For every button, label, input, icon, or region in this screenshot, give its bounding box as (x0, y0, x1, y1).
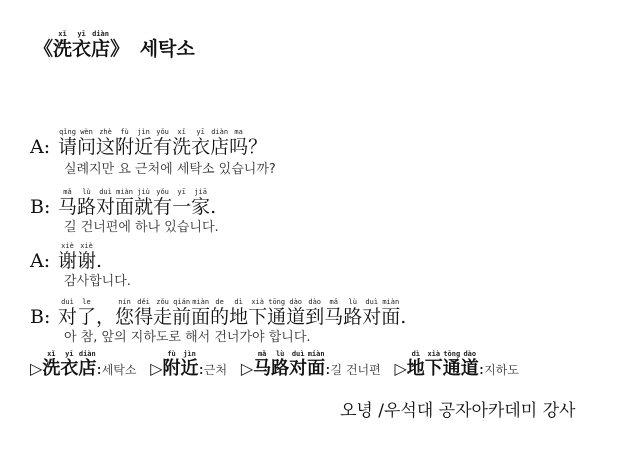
chinese-sentence: 对duì了le， 您nín得děi走zǒu前qián面miàn的de地dì下xi… (58, 306, 406, 328)
hanzi-with-pinyin: . (96, 250, 102, 272)
hanzi-with-pinyin: 的de (210, 306, 229, 328)
vocab-meaning: 세탁소 (102, 363, 137, 377)
hanzi-with-pinyin: 得děi (134, 306, 153, 328)
hanzi-with-pinyin: 就jiù (134, 196, 153, 218)
hanzi-with-pinyin: 问wèn (77, 136, 96, 158)
hanzi-with-pinyin: 地dì (407, 358, 425, 379)
speaker-label: B: (30, 306, 58, 328)
title-char: 洗xǐ (53, 38, 72, 60)
hanzi-with-pinyin: 马mǎ (58, 196, 77, 218)
hanzi-with-pinyin: 地dì (229, 306, 248, 328)
title-char: 衣yī (72, 38, 91, 60)
dialogue-line-1: A:请qǐng问wèn这zhè附fù近jìn有yǒu洗xǐ衣yī店diàn吗ma… (30, 128, 267, 159)
vocab-word: 马mǎ路lù对duì面miàn (253, 358, 325, 379)
hanzi-with-pinyin: 衣yī (60, 358, 78, 379)
hanzi-with-pinyin: 对duì (289, 358, 307, 379)
korean-translation: 아 참, 앞의 지하도로 해서 건너가야 합니다. (64, 326, 311, 345)
hanzi-with-pinyin: 面miàn (307, 358, 325, 379)
hanzi-with-pinyin: 洗xǐ (42, 358, 60, 379)
speaker-label: A: (30, 250, 58, 272)
hanzi-with-pinyin: 道dào (286, 306, 305, 328)
vocab-item: ▷洗xǐ衣yī店diàn:세탁소 (30, 350, 136, 380)
hanzi-with-pinyin: 马mǎ (253, 358, 271, 379)
chinese-sentence: 谢xiè谢xiè. (58, 250, 102, 272)
hanzi-with-pinyin: 对duì (362, 306, 381, 328)
hanzi-with-pinyin: 面miàn (191, 306, 210, 328)
hanzi-with-pinyin: ， (96, 306, 115, 328)
hanzi-with-pinyin: 附fù (115, 136, 134, 158)
hanzi-with-pinyin: 对duì (96, 196, 115, 218)
hanzi-with-pinyin: 谢xiè (77, 250, 96, 272)
chinese-sentence: 请qǐng问wèn这zhè附fù近jìn有yǒu洗xǐ衣yī店diàn吗ma？ (58, 136, 267, 158)
vocabulary-list: ▷洗xǐ衣yī店diàn:세탁소 ▷附fù近jìn:근처 ▷马mǎ路lù对duì… (30, 350, 527, 380)
hanzi-with-pinyin: 附fù (163, 358, 181, 379)
triangle-bullet-icon: ▷ (150, 359, 162, 378)
hanzi-with-pinyin: 走zǒu (153, 306, 172, 328)
triangle-bullet-icon: ▷ (394, 359, 406, 378)
hanzi-with-pinyin: 请qǐng (58, 136, 77, 158)
hanzi-with-pinyin: 您nín (115, 306, 134, 328)
vocab-meaning: 근처 (204, 363, 227, 377)
hanzi-with-pinyin: 了le (77, 306, 96, 328)
dialogue-line-2: B:马mǎ路lù对duì面miàn就jiù有yǒu一yī家jiā. (30, 188, 216, 219)
hanzi-with-pinyin: 通tōng (267, 306, 286, 328)
hanzi-with-pinyin: 谢xiè (58, 250, 77, 272)
hanzi-with-pinyin: 道dào (461, 358, 479, 379)
hanzi-with-pinyin: 前qián (172, 306, 191, 328)
hanzi-with-pinyin: 到dào (305, 306, 324, 328)
dialogue-line-3: A:谢xiè谢xiè. (30, 242, 102, 273)
hanzi-with-pinyin: 吗ma (229, 136, 248, 158)
hanzi-with-pinyin: 衣yī (191, 136, 210, 158)
korean-translation: 실례지만 요 근처에 세탁소 있습니까? (64, 158, 276, 177)
triangle-bullet-icon: ▷ (241, 359, 253, 378)
hanzi-with-pinyin: 下xià (425, 358, 443, 379)
author-credit: 오녕 /우석대 공자아카데미 강사 (340, 396, 575, 421)
hanzi-with-pinyin: 近jìn (181, 358, 199, 379)
vocab-item: ▷地dì下xià通tōng道dào:지하도 (394, 350, 518, 380)
vocab-meaning: 지하도 (484, 363, 519, 377)
vocab-word: 洗xǐ衣yī店diàn (42, 358, 96, 379)
hanzi-with-pinyin: 马mǎ (324, 306, 343, 328)
hanzi-with-pinyin: . (400, 306, 406, 328)
speaker-label: B: (30, 196, 58, 218)
vocab-word: 地dì下xià通tōng道dào (407, 358, 479, 379)
vocab-item: ▷附fù近jìn:근처 (150, 350, 227, 380)
korean-translation: 길 건너편에 하나 있습니다. (64, 216, 219, 235)
hanzi-with-pinyin: 这zhè (96, 136, 115, 158)
vocab-word: 附fù近jìn (163, 358, 199, 379)
title-char: 店diàn (91, 38, 110, 60)
hanzi-with-pinyin: 店diàn (210, 136, 229, 158)
hanzi-with-pinyin: 一yī (172, 196, 191, 218)
hanzi-with-pinyin: 有yǒu (153, 136, 172, 158)
hanzi-with-pinyin: 对duì (58, 306, 77, 328)
hanzi-with-pinyin: 下xià (248, 306, 267, 328)
chinese-sentence: 马mǎ路lù对duì面miàn就jiù有yǒu一yī家jiā. (58, 196, 216, 218)
hanzi-with-pinyin: . (210, 196, 216, 218)
hanzi-with-pinyin: 通tōng (443, 358, 461, 379)
title-close-bracket: 》 (110, 38, 129, 60)
hanzi-with-pinyin: 有yǒu (153, 196, 172, 218)
vocab-meaning: 길 건너편 (331, 363, 381, 377)
vocab-item: ▷马mǎ路lù对duì面miàn:길 건너편 (241, 350, 381, 380)
lesson-title: 《洗xǐ衣yī店diàn》 세탁소 (34, 30, 195, 61)
korean-translation: 감사합니다. (64, 270, 131, 289)
hanzi-with-pinyin: 洗xǐ (172, 136, 191, 158)
hanzi-with-pinyin: 近jìn (134, 136, 153, 158)
hanzi-with-pinyin: 路lù (271, 358, 289, 379)
hanzi-with-pinyin: ？ (248, 136, 267, 158)
title-open-bracket: 《 (34, 38, 53, 60)
hanzi-with-pinyin: 家jiā (191, 196, 210, 218)
title-korean: 세탁소 (140, 38, 195, 60)
speaker-label: A: (30, 136, 58, 158)
dialogue-line-4: B:对duì了le， 您nín得děi走zǒu前qián面miàn的de地dì下… (30, 298, 406, 329)
triangle-bullet-icon: ▷ (30, 359, 42, 378)
hanzi-with-pinyin: 路lù (77, 196, 96, 218)
hanzi-with-pinyin: 面miàn (381, 306, 400, 328)
hanzi-with-pinyin: 面miàn (115, 196, 134, 218)
hanzi-with-pinyin: 路lù (343, 306, 362, 328)
hanzi-with-pinyin: 店diàn (78, 358, 96, 379)
